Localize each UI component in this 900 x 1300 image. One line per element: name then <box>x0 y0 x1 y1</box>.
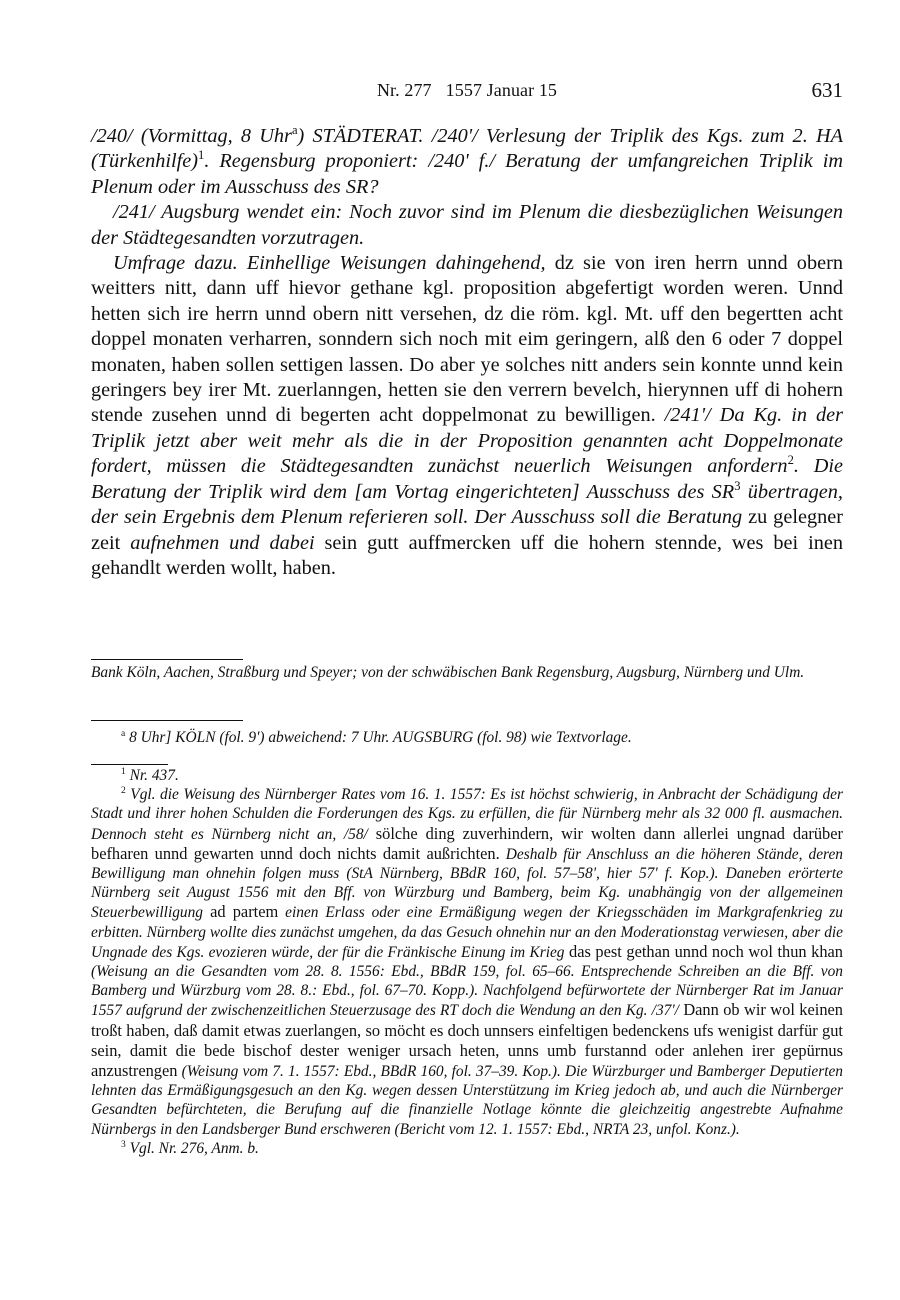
document-number: Nr. 277 <box>377 80 432 100</box>
running-head-title: Nr. 2771557 Januar 15 <box>91 80 843 101</box>
folio-marker: /240' f./ <box>428 150 495 172</box>
paragraph-3: Umfrage dazu. Einhellige Weisungen dahin… <box>91 251 843 581</box>
footnotes: 1 Nr. 437. 2 Vgl. die Weisung des Nürnbe… <box>91 766 843 1158</box>
textcritical-rule <box>91 720 243 721</box>
footnote-3: 3 Vgl. Nr. 276, Anm. b. <box>91 1139 843 1158</box>
footnote-rule <box>91 659 243 660</box>
folio-marker: /58/ <box>344 826 368 843</box>
folio-marker: /240/ <box>91 125 133 147</box>
footnote-rule-short <box>91 764 168 765</box>
paragraph-1: /240/ (Vormittag, 8 Uhra) STÄDTERAT. /24… <box>91 124 843 200</box>
folio-marker: /241'/ <box>665 404 711 426</box>
document-date: 1557 Januar 15 <box>446 80 557 100</box>
textcritical-notes: a 8 Uhr] KÖLN (fol. 9') abweichend: 7 Uh… <box>91 728 843 747</box>
continued-footnote: Bank Köln, Aachen, Straßburg und Speyer;… <box>91 663 843 682</box>
folio-marker: /37'/ <box>652 1002 679 1019</box>
main-text: /240/ (Vormittag, 8 Uhra) STÄDTERAT. /24… <box>91 124 843 581</box>
running-head: Nr. 2771557 Januar 15 631 <box>91 80 843 106</box>
textcritical-note-a: a 8 Uhr] KÖLN (fol. 9') abweichend: 7 Uh… <box>91 728 843 747</box>
folio-marker: /240'/ <box>432 125 478 147</box>
folio-marker: /241/ <box>113 201 155 223</box>
footnote-2: 2 Vgl. die Weisung des Nürnberger Rates … <box>91 785 843 1139</box>
footnote-1: 1 Nr. 437. <box>91 766 843 785</box>
page-number: 631 <box>812 78 844 103</box>
paragraph-2: /241/ Augsburg wendet ein: Noch zuvor si… <box>91 200 843 251</box>
